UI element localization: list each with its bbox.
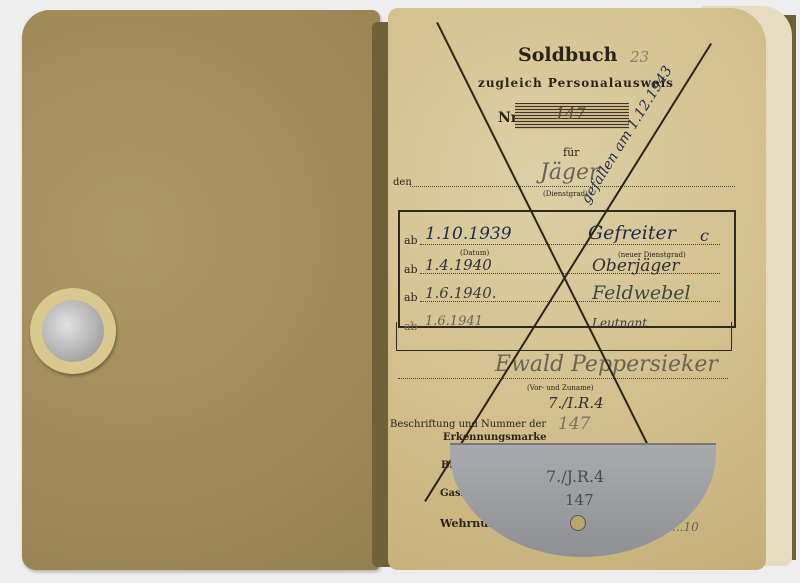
dog-tag-number: 147: [565, 491, 594, 509]
den-label: den: [393, 177, 412, 188]
promo-rank: Gefreiter: [588, 222, 676, 244]
promo-line: [420, 273, 720, 274]
tag-number-handwritten: 147: [558, 414, 590, 434]
name-line: [398, 378, 728, 379]
promo-date: 1.6.1941: [425, 314, 483, 329]
euro-coin: [30, 288, 116, 374]
promo-prefix: ab: [404, 291, 418, 304]
promo-prefix: ab: [404, 263, 418, 276]
page-title: Soldbuch: [518, 44, 617, 66]
page-subtitle: zugleich Personalausweis: [478, 76, 674, 90]
dog-tag-hole: [570, 515, 586, 531]
promo-date: 1.4.1940: [425, 256, 492, 274]
promo-rank: Leutnant: [592, 316, 647, 330]
promo-line: [420, 244, 720, 245]
promo-line: [420, 301, 720, 302]
fuer-label: für: [563, 146, 579, 159]
promo-prefix: ab: [404, 320, 418, 333]
left-cover: [22, 10, 380, 570]
promo-prefix: ab: [404, 234, 418, 247]
promo-date: 1.10.1939: [425, 224, 512, 244]
promo-date: 1.6.1940.: [425, 284, 497, 302]
pencil-number: 23: [630, 48, 649, 66]
dog-tag-unit: 7./J.R.4: [546, 467, 604, 486]
rank-line: [410, 186, 735, 187]
name-caption: (Vor- und Zuname): [527, 384, 594, 392]
nr-value: 147: [555, 104, 586, 123]
tag-unit-handwritten: 7./I.R.4: [548, 394, 604, 412]
tag-label-line2: Erkennungsmarke: [443, 432, 547, 443]
promo-suffix: c: [700, 226, 709, 245]
